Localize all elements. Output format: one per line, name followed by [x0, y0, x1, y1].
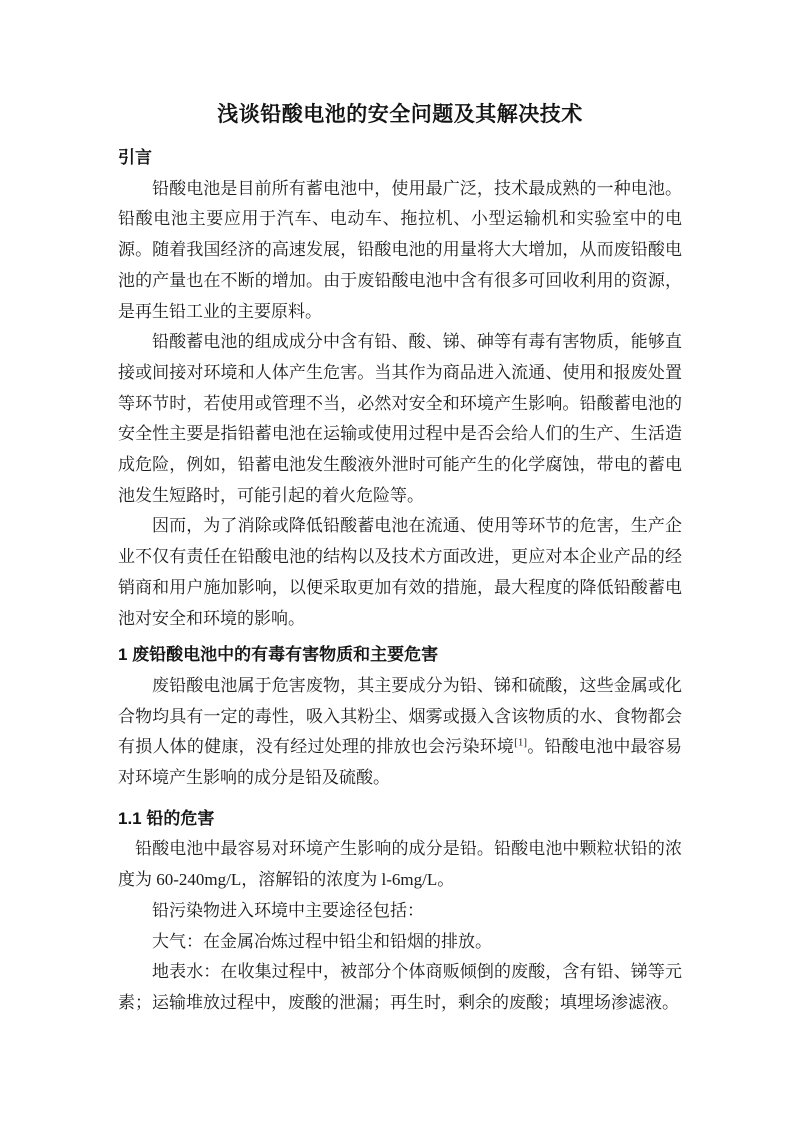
section-1-1-heading: 1.1 铅的危害	[118, 804, 682, 835]
paragraph-surface-water-pathway: 地表水：在收集过程中，被部分个体商贩倾倒的废酸，含有铅、锑等元素；运输堆放过程中…	[118, 957, 682, 1018]
section-1-heading: 1 废铅酸电池中的有毒有害物质和主要危害	[118, 640, 682, 671]
paragraph-lead-concentration: 铅酸电池中最容易对环境产生影响的成分是铅。铅酸电池中颗粒状铅的浓度为 60-24…	[118, 834, 682, 895]
citation-ref-1: [1]	[514, 737, 527, 749]
paragraph-lead-acid-overview: 铅酸电池是目前所有蓄电池中，使用最广泛，技术最成熟的一种电池。铅酸电池主要应用于…	[118, 174, 682, 328]
paragraph-lead-pollution-pathways: 铅污染物进入环境中主要途径包括：	[118, 896, 682, 927]
paragraph-manufacturer-responsibility: 因而，为了消除或降低铅酸蓄电池在流通、使用等环节的危害，生产企业不仅有责任在铅酸…	[118, 511, 682, 634]
document-title: 浅谈铅酸电池的安全问题及其解决技术	[118, 100, 682, 130]
intro-heading: 引言	[118, 143, 682, 174]
paragraph-battery-composition-hazards: 铅酸蓄电池的组成成分中含有铅、酸、锑、砷等有毒有害物质，能够直接或间接对环境和人…	[118, 327, 682, 511]
paragraph-atmosphere-pathway: 大气：在金属冶炼过程中铅尘和铅烟的排放。	[118, 927, 682, 958]
paragraph-waste-battery-toxicity: 废铅酸电池属于危害废物，其主要成分为铅、锑和硫酸，这些金属或化合物均具有一定的毒…	[118, 671, 682, 794]
document-page: 浅谈铅酸电池的安全问题及其解决技术 引言 铅酸电池是目前所有蓄电池中，使用最广泛…	[0, 0, 800, 1132]
